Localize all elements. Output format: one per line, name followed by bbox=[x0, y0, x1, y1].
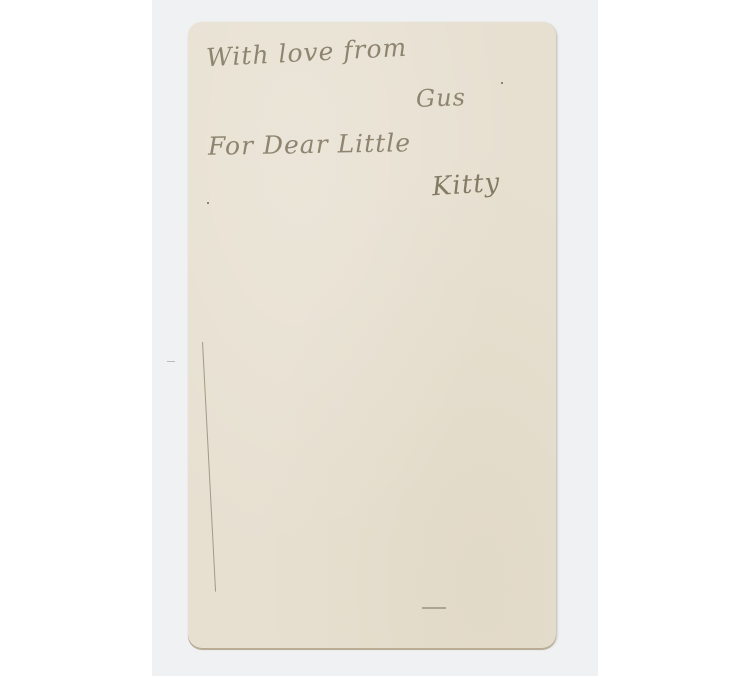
pencil-mark-vertical bbox=[202, 342, 216, 592]
photo-card-back: With love from Gus For Dear Little Kitty bbox=[188, 22, 556, 648]
ink-dot bbox=[501, 82, 503, 84]
background-speck bbox=[167, 361, 175, 362]
inscription-line-4: Kitty bbox=[431, 168, 501, 203]
inscription-line-1: With love from bbox=[205, 33, 407, 72]
ink-dot bbox=[207, 202, 209, 204]
inscription-line-2: Gus bbox=[416, 83, 467, 113]
inscription-line-3: For Dear Little bbox=[208, 128, 412, 161]
pencil-mark-dash bbox=[422, 607, 446, 609]
